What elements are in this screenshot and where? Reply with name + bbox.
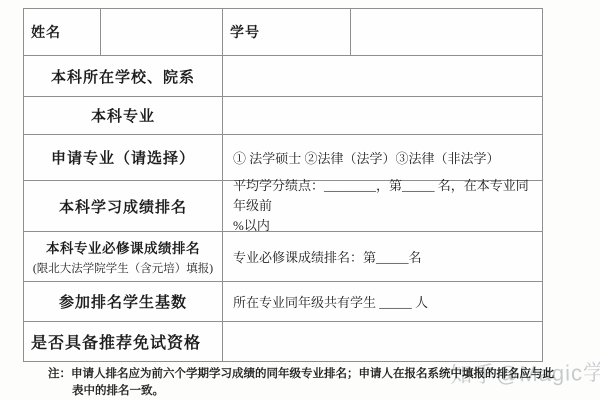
exemption-eligibility-value-cell: [223, 322, 542, 361]
row-required-course-rank: 本科专业必修课成绩排名 (限北大法学院学生（含元培）填报) 专业必修课成绩排名：…: [24, 232, 542, 282]
ranking-base-value-cell: 所在专业同年级共有学生 _____ 人: [223, 282, 542, 321]
required-course-sublabel: (限北大法学院学生（含元培）填报): [33, 260, 213, 276]
row-applied-program: 申请专业（请选择） ① 法学硕士 ②法律（法学）③法律（非法学）: [24, 135, 542, 181]
required-course-label-cell: 本科专业必修课成绩排名 (限北大法学院学生（含元培）填报): [24, 232, 223, 281]
zhihu-watermark: 知乎@Magic学长: [450, 355, 600, 389]
row-exemption-eligibility: 是否具备推荐免试资格: [24, 322, 542, 361]
applied-program-label: 申请专业（请选择）: [24, 135, 223, 180]
application-form-table: 姓名 学号 本科所在学校、院系 本科专业 申请专业（请选择） ① 法学硕士 ②法…: [23, 8, 543, 362]
name-value-cell: [101, 9, 223, 55]
student-id-value-cell: [351, 9, 542, 55]
major-value-cell: [223, 97, 542, 134]
row-school: 本科所在学校、院系: [24, 56, 542, 97]
gpa-rank-line1: 平均学分绩点：________，第_____ 名，在本专业同年级前: [233, 176, 536, 216]
row-academic-rank: 本科学习成绩排名 平均学分绩点：________，第_____ 名，在本专业同年…: [24, 181, 542, 232]
row-name-and-id: 姓名 学号: [24, 9, 542, 56]
academic-rank-value-cell: 平均学分绩点：________，第_____ 名，在本专业同年级前 %以内: [223, 181, 542, 231]
form-document-page: 姓名 学号 本科所在学校、院系 本科专业 申请专业（请选择） ① 法学硕士 ②法…: [0, 0, 600, 400]
applied-program-options: ① 法学硕士 ②法律（法学）③法律（非法学）: [223, 135, 542, 180]
name-label: 姓名: [24, 9, 101, 55]
required-course-label: 本科专业必修课成绩排名: [46, 237, 200, 257]
student-id-label: 学号: [223, 9, 351, 55]
major-label: 本科专业: [24, 97, 223, 134]
school-label: 本科所在学校、院系: [24, 56, 223, 96]
academic-rank-label: 本科学习成绩排名: [24, 181, 223, 231]
row-ranking-base: 参加排名学生基数 所在专业同年级共有学生 _____ 人: [24, 282, 542, 322]
ranking-base-label: 参加排名学生基数: [24, 282, 223, 321]
exemption-eligibility-label: 是否具备推荐免试资格: [24, 322, 223, 361]
required-course-value-cell: 专业必修课成绩排名：第_____名: [223, 232, 542, 281]
school-value-cell: [223, 56, 542, 96]
row-major: 本科专业: [24, 97, 542, 135]
